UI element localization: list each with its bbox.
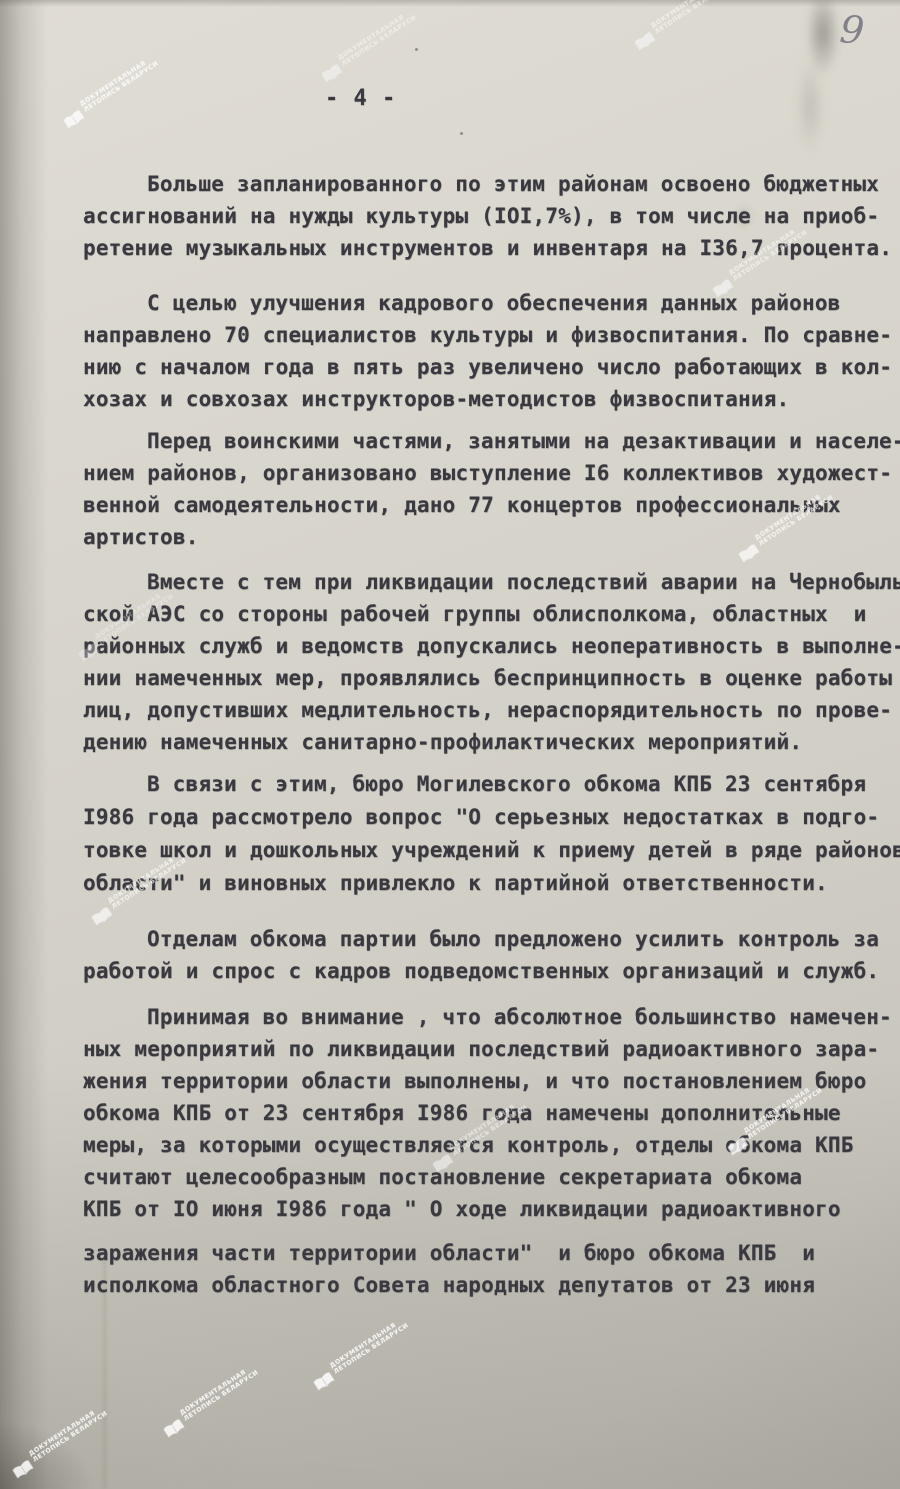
page-number: - 4 - bbox=[325, 86, 396, 111]
text-line: Больше запланированного по этим районам … bbox=[83, 168, 892, 200]
text-line: нии намеченных мер, проявлялись беспринц… bbox=[83, 662, 900, 694]
paper-speck bbox=[415, 48, 418, 51]
bottom-left-corner-shadow bbox=[0, 1349, 190, 1489]
text-line: работой и спрос с кадров подведомственны… bbox=[83, 955, 879, 987]
text-line: Принимая во внимание , что абсолютное бо… bbox=[83, 1001, 892, 1033]
text-line: КПБ от IO июня I986 года " О ходе ликвид… bbox=[83, 1193, 892, 1225]
paragraph: Больше запланированного по этим районам … bbox=[83, 168, 892, 264]
text-line: венной самодеятельности, дано 77 концерт… bbox=[83, 489, 900, 521]
document-photo: - 4 - 9 Больше запланированного по этим … bbox=[0, 0, 900, 1489]
text-line: области" и виновных привлекло к партийно… bbox=[83, 867, 900, 900]
text-line: районных служб и ведомств допускались не… bbox=[83, 630, 900, 662]
text-line: направлено 70 специалистов культуры и фи… bbox=[83, 319, 892, 351]
paragraph: Отделам обкома партии было предложено ус… bbox=[83, 923, 879, 987]
paragraph: Принимая во внимание , что абсолютное бо… bbox=[83, 1001, 892, 1301]
pencil-smudge bbox=[799, 58, 821, 154]
text-line: товке школ и дошкольных учреждений к при… bbox=[83, 834, 900, 867]
paragraph: С целью улучшения кадрового обеспечения … bbox=[83, 287, 892, 415]
paper-speck bbox=[460, 132, 463, 135]
text-line: Отделам обкома партии было предложено ус… bbox=[83, 923, 879, 955]
text-line: ных мероприятий по ликвидации последстви… bbox=[83, 1033, 892, 1065]
text-line: ской АЭС со стороны рабочей группы облис… bbox=[83, 598, 900, 630]
text-line: заражения части территории области" и бю… bbox=[83, 1237, 892, 1269]
text-line: нию с началом года в пять раз увеличено … bbox=[83, 351, 892, 383]
text-line: меры, за которыми осуществляется контрол… bbox=[83, 1129, 892, 1161]
text-line: обкома КПБ от 23 сентября I986 года наме… bbox=[83, 1097, 892, 1129]
text-line: лиц, допустивших медлительность, нераспо… bbox=[83, 694, 900, 726]
text-line: С целью улучшения кадрового обеспечения … bbox=[83, 287, 892, 319]
text-line: исполкома областного Совета народных деп… bbox=[83, 1269, 892, 1301]
paragraph: Перед воинскими частями, занятыми на дез… bbox=[83, 425, 900, 553]
text-line: дению намеченных санитарно-профилактичес… bbox=[83, 726, 900, 758]
text-line: нием районов, организовано выступление I… bbox=[83, 457, 900, 489]
text-line: ретение музыкальных инструментов и инвен… bbox=[83, 232, 892, 264]
text-line: жения территории области выполнены, и чт… bbox=[83, 1065, 892, 1097]
text-line: Вместе с тем при ликвидации последствий … bbox=[83, 566, 900, 598]
text-line: ассигнований на нужды культуры (IOI,7%),… bbox=[83, 200, 892, 232]
text-line: Перед воинскими частями, занятыми на дез… bbox=[83, 425, 900, 457]
text-line: I986 года рассмотрело вопрос "О серьезны… bbox=[83, 801, 900, 834]
text-line: хозах и совхозах инструкторов-методистов… bbox=[83, 383, 892, 415]
text-line: считают целесообразным постановление сек… bbox=[83, 1161, 892, 1193]
handwritten-page-number: 9 bbox=[838, 7, 866, 53]
text-line: В связи с этим, бюро Могилевского обкома… bbox=[83, 768, 900, 801]
text-line: артистов. bbox=[83, 521, 900, 553]
paragraph: Вместе с тем при ликвидации последствий … bbox=[83, 566, 900, 758]
paragraph: В связи с этим, бюро Могилевского обкома… bbox=[83, 768, 900, 900]
